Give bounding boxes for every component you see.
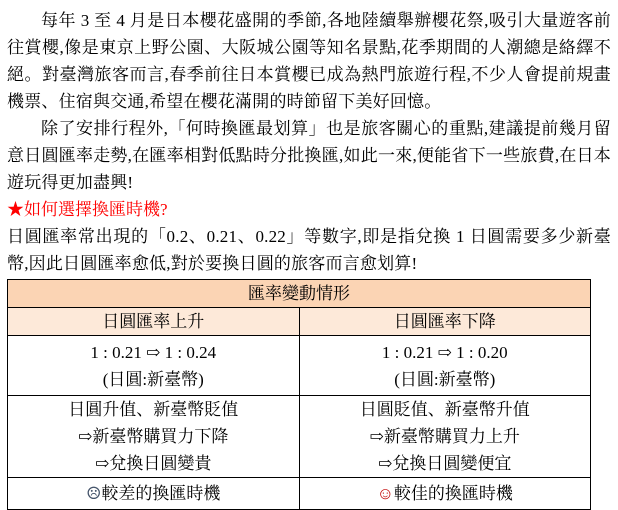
cell-verdict-bad: ☹較差的換匯時機 — [8, 478, 300, 510]
paragraph-sakura-intro: 每年 3 至 4 月是日本櫻花盛開的季節,各地陸續舉辦櫻花祭,吸引大量遊客前往賞… — [7, 7, 611, 115]
cell-effects-down: 日圓貶值、新臺幣升值 ⇨新臺幣購買力上升 ⇨兌換日圓變便宜 — [299, 396, 591, 478]
effect-line: 日圓升值、新臺幣貶值 — [8, 396, 299, 423]
effect-line: ⇨新臺幣購買力下降 — [8, 423, 299, 450]
verdict-row: ☹較差的換匯時機 ☺較佳的換匯時機 — [8, 478, 591, 510]
effect-line: ⇨兌換日圓變便宜 — [300, 450, 591, 477]
rate-caption-line: (日圓:新臺幣) — [300, 366, 591, 393]
verdict-bad-label: 較差的換匯時機 — [101, 484, 220, 503]
cell-effects-up: 日圓升值、新臺幣貶值 ⇨新臺幣購買力下降 ⇨兌換日圓變貴 — [8, 396, 300, 478]
column-header-yen-rate-up: 日圓匯率上升 — [8, 308, 300, 336]
effect-line: ⇨新臺幣購買力上升 — [300, 423, 591, 450]
star-icon: ★ — [7, 200, 24, 219]
sad-face-icon: ☹ — [86, 484, 101, 503]
happy-face-icon: ☺ — [377, 484, 394, 503]
cell-verdict-good: ☺較佳的換匯時機 — [299, 478, 591, 510]
cell-rate-example-down: 1 : 0.21 ⇨ 1 : 0.20 (日圓:新臺幣) — [299, 336, 591, 396]
rate-example-row: 1 : 0.21 ⇨ 1 : 0.24 (日圓:新臺幣) 1 : 0.21 ⇨ … — [8, 336, 591, 396]
article: 每年 3 至 4 月是日本櫻花盛開的季節,各地陸續舉辦櫻花祭,吸引大量遊客前往賞… — [0, 0, 618, 510]
section-heading-text: 如何選擇換匯時機? — [24, 200, 168, 219]
rate-caption-line: (日圓:新臺幣) — [8, 366, 299, 393]
table-title: 匯率變動情形 — [8, 280, 591, 308]
table-title-row: 匯率變動情形 — [8, 280, 591, 308]
exchange-rate-table: 匯率變動情形 日圓匯率上升 日圓匯率下降 1 : 0.21 ⇨ 1 : 0.24… — [7, 279, 591, 510]
rate-value-line: 1 : 0.21 ⇨ 1 : 0.20 — [300, 339, 591, 366]
section-heading: ★如何選擇換匯時機? — [7, 196, 611, 223]
table-header-row: 日圓匯率上升 日圓匯率下降 — [8, 308, 591, 336]
effect-line: 日圓貶值、新臺幣升值 — [300, 396, 591, 423]
effects-row: 日圓升值、新臺幣貶值 ⇨新臺幣購買力下降 ⇨兌換日圓變貴 日圓貶值、新臺幣升值 … — [8, 396, 591, 478]
paragraph-rate-meaning: 日圓匯率常出現的「0.2、0.21、0.22」等數字,即是指兌換 1 日圓需要多… — [7, 223, 611, 277]
verdict-good-label: 較佳的換匯時機 — [394, 484, 513, 503]
column-header-yen-rate-down: 日圓匯率下降 — [299, 308, 591, 336]
rate-value-line: 1 : 0.21 ⇨ 1 : 0.24 — [8, 339, 299, 366]
cell-rate-example-up: 1 : 0.21 ⇨ 1 : 0.24 (日圓:新臺幣) — [8, 336, 300, 396]
effect-line: ⇨兌換日圓變貴 — [8, 450, 299, 477]
paragraph-exchange-timing: 除了安排行程外,「何時換匯最划算」也是旅客關心的重點,建議提前幾月留意日圓匯率走… — [7, 115, 611, 196]
